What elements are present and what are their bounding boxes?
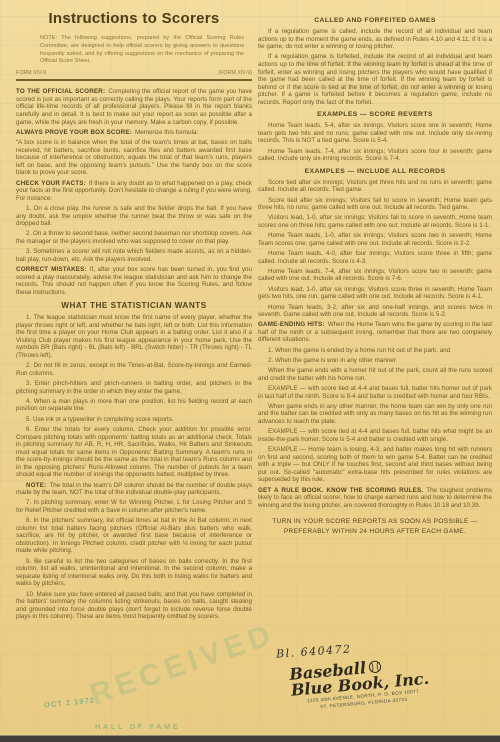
left-column: Instructions to Scorers NOTE: The follow… — [16, 8, 252, 624]
paragraph: Visitors lead, 1-0, after six innings; V… — [258, 286, 492, 301]
run-in-heading: CHECK YOUR FACTS: — [16, 180, 86, 187]
paragraph: Home Team leads, 1-0, after six innings;… — [258, 232, 492, 247]
paragraph: TO THE OFFICIAL SCORER:Completing the of… — [16, 88, 252, 126]
note-box: NOTE: The following suggestions, prepare… — [16, 34, 252, 66]
paragraph: 3. Sometimes a scorer will not note whic… — [16, 248, 252, 263]
section-heading: CALLED AND FORFEITED GAMES — [258, 17, 492, 24]
paragraph: Home Team leads, 7-4, after six innings;… — [258, 268, 492, 283]
run-in-heading: CORRECT MISTAKES: — [16, 266, 87, 273]
paragraph: 3. Enter pinch-hitters and pinch-runners… — [16, 380, 252, 395]
paragraph: NOTE:The total in the team's DP column s… — [16, 482, 252, 497]
paragraph: GET A RULE BOOK. KNOW THE SCORING RULES.… — [258, 487, 492, 510]
paragraph: ALWAYS PROVE YOUR BOX SCORE:Memorize thi… — [16, 129, 252, 137]
paragraph: Score tied after six innings; Visitors g… — [258, 179, 492, 194]
paragraph: When the game ends with a homer hit out … — [258, 367, 492, 382]
paragraph: 1. When the game is ended by a home run … — [258, 347, 492, 355]
paragraph: EXAMPLE — with score tied at 4-4 and bas… — [258, 385, 492, 400]
paragraph: Score tied after six innings; Visitors f… — [258, 197, 492, 212]
paragraph: If a regulation game is called, include … — [258, 28, 492, 51]
paragraph: EXAMPLE — Home team is losing, 4-3, and … — [258, 446, 492, 484]
paragraph: Home Team leads, 3-2, after six and one-… — [258, 304, 492, 319]
paragraph: CHECK YOUR FACTS:If there is any doubt a… — [16, 180, 252, 203]
paragraph: EXAMPLE — with score tied at 4-4 and bas… — [258, 428, 492, 443]
note-text: NOTE: The following suggestions, prepare… — [40, 35, 244, 66]
paragraph: 2. When the game is won in any other man… — [258, 357, 492, 365]
paragraph: Home Team leads, 4-0, after four innings… — [258, 250, 492, 265]
run-in-heading: GET A RULE BOOK. KNOW THE SCORING RULES. — [258, 487, 423, 494]
publisher-logo: Baseball Blue Book, Inc. 1225 30th AVENU… — [250, 653, 463, 716]
paragraph: 2. On a throw to second base, neither se… — [16, 230, 252, 245]
run-in-heading: GAME-ENDING HITS: — [258, 321, 325, 328]
paragraph: 8. In the pitchers' summary, list offici… — [16, 517, 252, 555]
paragraph: 4. When a man plays in more than one pos… — [16, 398, 252, 413]
right-column: CALLED AND FORFEITED GAMES If a regulati… — [258, 12, 492, 537]
paragraph: 1. On a close play, the runner is safe a… — [16, 205, 252, 228]
paragraph: 7. In pitching summary, enter W for Winn… — [16, 499, 252, 514]
date-stamp: OCT 2 1972 — [44, 695, 96, 709]
paragraph: CORRECT MISTAKES:If, after your box scor… — [16, 266, 252, 296]
run-in-heading: TO THE OFFICIAL SCORER: — [16, 88, 105, 95]
hall-of-fame-stamp: HALL OF FAME — [95, 722, 180, 731]
paragraph: Visitors lead, 1-0, after six innings; V… — [258, 214, 492, 229]
run-in-heading: ALWAYS PROVE YOUR BOX SCORE: — [16, 129, 132, 136]
form-number-left: FORM XIV-9 — [16, 70, 46, 76]
paragraph: When game ends in any other manner, the … — [258, 403, 492, 426]
received-stamp: RECEIVED — [86, 617, 280, 712]
form-number-right: (FORM XIV-9) — [218, 70, 252, 76]
paragraph: GAME-ENDING HITS:When the Home Team wins… — [258, 321, 492, 344]
turn-in-notice: TURN IN YOUR SCORE REPORTS AS SOON AS PO… — [258, 517, 492, 537]
section-heading: WHAT THE STATISTICIAN WANTS — [16, 301, 252, 310]
section-heading: EXAMPLES — SCORE REVERTS — [258, 111, 492, 118]
paragraph: Home Team leads, 7-4, after six innings;… — [258, 148, 492, 163]
paragraph: If a regulation game is forfeited, inclu… — [258, 53, 492, 106]
scanned-page: Instructions to Scorers NOTE: The follow… — [0, 0, 500, 742]
turn-in-line-2: PREFERABLY WITHIN 24 HOURS AFTER EACH GA… — [258, 527, 492, 537]
turn-in-line-1: TURN IN YOUR SCORE REPORTS AS SOON AS PO… — [258, 517, 492, 527]
handwritten-number: Bl. 640472 — [276, 642, 352, 660]
paragraph: 5. Use ink or a typewriter in completing… — [16, 416, 252, 424]
paragraph: 1. The league statistician must know the… — [16, 314, 252, 359]
paragraph: Home Team leads, 5-4, after six innings;… — [258, 122, 492, 145]
run-in-heading: NOTE: — [26, 482, 46, 489]
paragraph: 6. Enter the totals for every column. Ch… — [16, 426, 252, 479]
horizontal-rule — [16, 79, 252, 81]
scan-edge — [0, 735, 500, 742]
paragraph: 9. Be careful to list the two categories… — [16, 558, 252, 588]
section-heading: EXAMPLES — INCLUDE ALL RECORDS — [258, 168, 492, 175]
paragraph: 10. Make sure you have entered all passe… — [16, 591, 252, 621]
page-title: Instructions to Scorers — [16, 10, 252, 27]
form-number-line: FORM XIV-9 (FORM XIV-9) — [16, 70, 252, 76]
paragraph: “A box score is in balance when the tota… — [16, 139, 252, 177]
paragraph-text: Memorize this formula: — [135, 129, 198, 136]
paragraph: 2. Do not fill in zeros, except in the T… — [16, 362, 252, 377]
paragraph-text: The total in the team's DP column should… — [16, 482, 252, 497]
